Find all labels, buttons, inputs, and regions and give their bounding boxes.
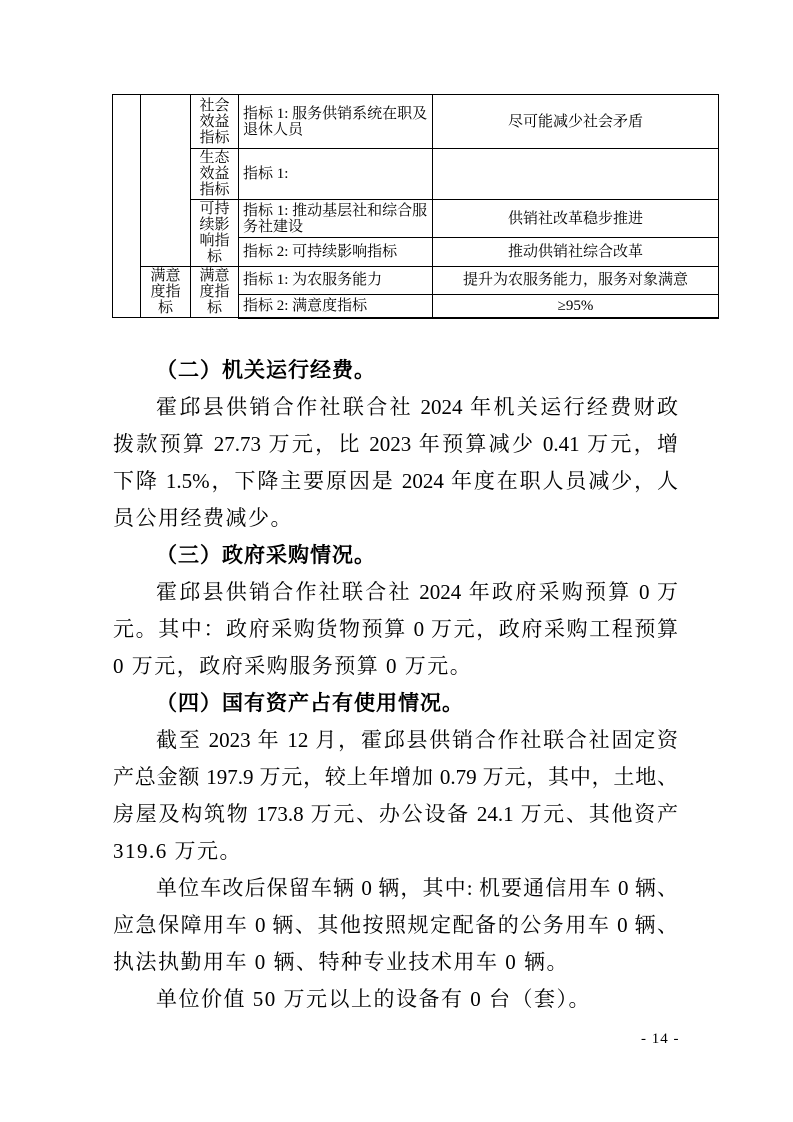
body-line: 0 万元，政府采购服务预算 0 万元。 bbox=[113, 648, 678, 685]
left-margin-cell bbox=[113, 95, 141, 318]
page-number: - 14 - bbox=[641, 1031, 680, 1048]
section-heading-3: （三）政府采购情况。 bbox=[113, 537, 678, 574]
body-line: 下降 1.5%，下降主要原因是 2024 年度在职人员减少，人 bbox=[113, 463, 678, 500]
body-line: 霍邱县供销合作社联合社 2024 年政府采购预算 0 万 bbox=[113, 574, 678, 611]
result-cell: 推动供销社综合改革 bbox=[433, 238, 719, 267]
indicator-cell: 指标 1: 服务供销系统在职及退休人员 bbox=[239, 95, 433, 149]
body-line: 元。其中：政府采购货物预算 0 万元，政府采购工程预算 bbox=[113, 611, 678, 648]
indicator-cell: 指标 2: 可持续影响指标 bbox=[239, 238, 433, 267]
body-line: 房屋及构筑物 173.8 万元、办公设备 24.1 万元、其他资产 bbox=[113, 796, 678, 833]
body-line: 单位价值 50 万元以上的设备有 0 台（套）。 bbox=[113, 981, 678, 1018]
result-cell: ≥95% bbox=[433, 294, 719, 317]
table-row: 可持续影响指标 指标 1: 推动基层社和综合服务社建设 供销社改革稳步推进 bbox=[113, 200, 719, 238]
result-cell: 尽可能减少社会矛盾 bbox=[433, 95, 719, 149]
indicator-cell: 指标 1: 为农服务能力 bbox=[239, 267, 433, 295]
table-row: 生态效益指标 指标 1: bbox=[113, 149, 719, 200]
result-cell bbox=[433, 149, 719, 200]
body-line: 产总金额 197.9 万元，较上年增加 0.79 万元，其中，土地、 bbox=[113, 759, 678, 796]
body-line: 应急保障用车 0 辆、其他按照规定配备的公务用车 0 辆、 bbox=[113, 907, 678, 944]
indicator-cell: 指标 1: bbox=[239, 149, 433, 200]
body-line: 霍邱县供销合作社联合社 2024 年机关运行经费财政 bbox=[113, 389, 678, 426]
category-cell: 满意度指标 bbox=[141, 267, 191, 318]
document-body: （二）机关运行经费。 霍邱县供销合作社联合社 2024 年机关运行经费财政 拨款… bbox=[113, 352, 678, 1018]
table-row: 满意度指标 满意度指标 指标 1: 为农服务能力 提升为农服务能力，服务对象满意 bbox=[113, 267, 719, 295]
indicator-type-cell: 社会效益指标 bbox=[191, 95, 239, 149]
indicator-cell: 指标 2: 满意度指标 bbox=[239, 294, 433, 317]
body-line: 截至 2023 年 12 月，霍邱县供销合作社联合社固定资 bbox=[113, 722, 678, 759]
body-line: 单位车改后保留车辆 0 辆，其中: 机要通信用车 0 辆、 bbox=[113, 870, 678, 907]
body-line: 319.6 万元。 bbox=[113, 833, 678, 870]
indicator-type-cell: 生态效益指标 bbox=[191, 149, 239, 200]
body-line: 执法执勤用车 0 辆、特种专业技术用车 0 辆。 bbox=[113, 944, 678, 981]
table-row: 社会效益指标 指标 1: 服务供销系统在职及退休人员 尽可能减少社会矛盾 bbox=[113, 95, 719, 149]
performance-indicator-table: 社会效益指标 指标 1: 服务供销系统在职及退休人员 尽可能减少社会矛盾 生态效… bbox=[112, 94, 719, 319]
indicator-type-cell: 满意度指标 bbox=[191, 267, 239, 318]
body-line: 拨款预算 27.73 万元，比 2023 年预算减少 0.41 万元，增 bbox=[113, 426, 678, 463]
indicator-cell: 指标 1: 推动基层社和综合服务社建设 bbox=[239, 200, 433, 238]
section-heading-4: （四）国有资产占有使用情况。 bbox=[113, 685, 678, 722]
result-cell: 供销社改革稳步推进 bbox=[433, 200, 719, 238]
body-line: 员公用经费减少。 bbox=[113, 500, 678, 537]
section-heading-2: （二）机关运行经费。 bbox=[113, 352, 678, 389]
document-page: 社会效益指标 指标 1: 服务供销系统在职及退休人员 尽可能减少社会矛盾 生态效… bbox=[0, 0, 793, 1122]
indicator-type-cell: 可持续影响指标 bbox=[191, 200, 239, 267]
category-empty-cell bbox=[141, 95, 191, 267]
result-cell: 提升为农服务能力，服务对象满意 bbox=[433, 267, 719, 295]
